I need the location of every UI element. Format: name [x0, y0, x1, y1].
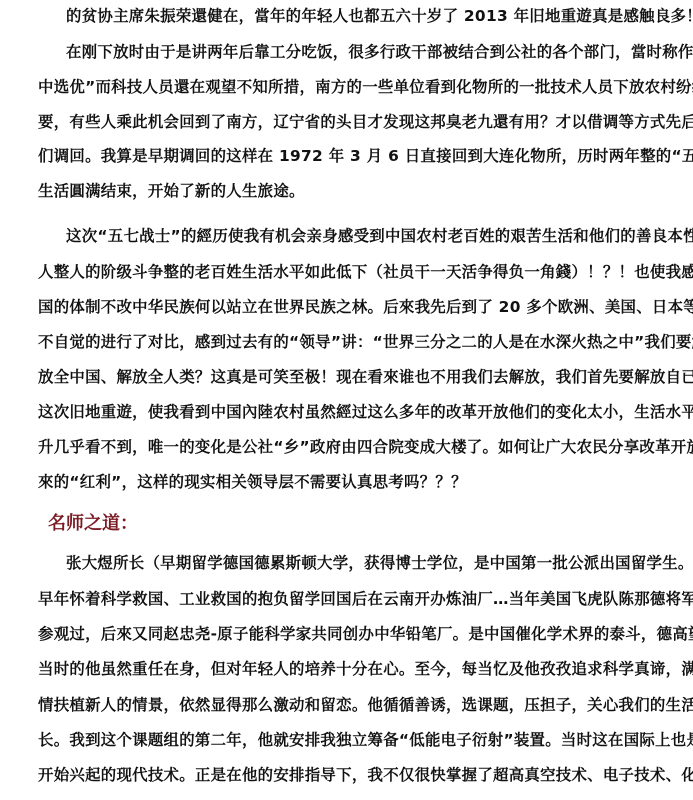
- text-line: 人整人的阶级斗争整的老百姓生活水平如此低下（社员干一天活争得负一角錢）！？！也使…: [38, 262, 662, 282]
- text-line: 这次旧地重遊，使我看到中国內陸农村虽然經过这么多年的改革开放他们的变化太小，生活…: [38, 402, 662, 422]
- text-line: 升几乎看不到，唯一的变化是公社“乡”政府由四合院变成大楼了。如何让广大农民分享改…: [38, 437, 662, 457]
- text-line: 的贫协主席朱振荣還健在，當年的年轻人也都五六十岁了 2013 年旧地重遊真是感触…: [66, 6, 662, 26]
- text-line: 來的“红利”，这样的现实相关领导层不需要认真思考吗？？？: [38, 472, 662, 492]
- text-line: 在刚下放时由于是讲两年后靠工分吃饭，很多行政干部被结合到公社的各个部门，當时称作…: [66, 42, 662, 62]
- text-line: 张大煜所长（早期留学德国德累斯顿大学，获得博士学位，是中国第一批公派出国留学生。…: [66, 553, 662, 573]
- text-line: 早年怀着科学救国、工业救国的抱负留学回国后在云南开办炼油厂…当年美国飞虎队陈那德…: [38, 589, 662, 609]
- text-line: 要，有些人乘此机会回到了南方，辽宁省的头目才发现这邦臭老九還有用？才以借调等方式…: [38, 112, 662, 132]
- text-line: 不自觉的进行了对比，感到过去有的“领导”讲：“世界三分之二的人是在水深火热之中”…: [38, 332, 662, 352]
- text-line: 当时的他虽然重任在身，但对年轻人的培养十分在心。至今，每当忆及他孜孜追求科学真谛…: [38, 659, 662, 679]
- text-line: 参观过，后來又同赵忠尧-原子能科学家共同创办中华铅笔厂。是中国催化学术界的泰斗，…: [38, 624, 662, 644]
- text-line: 这次“五七战士”的經历使我有机会亲身感受到中国农村老百姓的艰苦生活和他们的善良本…: [66, 226, 662, 246]
- section-heading: 名师之道：: [48, 512, 138, 536]
- text-line: 长。我到这个课题组的第二年，他就安排我独立筹备“低能电子衍射”装置。当时这在国际…: [38, 730, 662, 750]
- text-line: 国的体制不改中华民族何以站立在世界民族之林。后來我先后到了 20 多个欧洲、美国…: [38, 297, 662, 317]
- text-line: 放全中国、解放全人类？这真是可笑至极！现在看來谁也不用我们去解放，我们首先要解放…: [38, 367, 662, 387]
- text-line: 开始兴起的现代技术。正是在他的安排指导下，我不仅很快掌握了超高真空技术、电子技术…: [38, 765, 662, 785]
- text-line: 们调回。我算是早期调回的这样在 1972 年 3 月 6 日直接回到大连化物所，…: [38, 146, 662, 166]
- text-line: 生活圓满结束，开始了新的人生旅途。: [38, 181, 662, 201]
- text-line: 中选优”而科技人员還在观望不知所措，南方的一些单位看到化物所的一批技术人员下放农…: [38, 77, 662, 97]
- text-line: 情扶植新人的情景，依然显得那么激动和留恋。他循循善诱，选课题，压担子，关心我们的…: [38, 695, 662, 715]
